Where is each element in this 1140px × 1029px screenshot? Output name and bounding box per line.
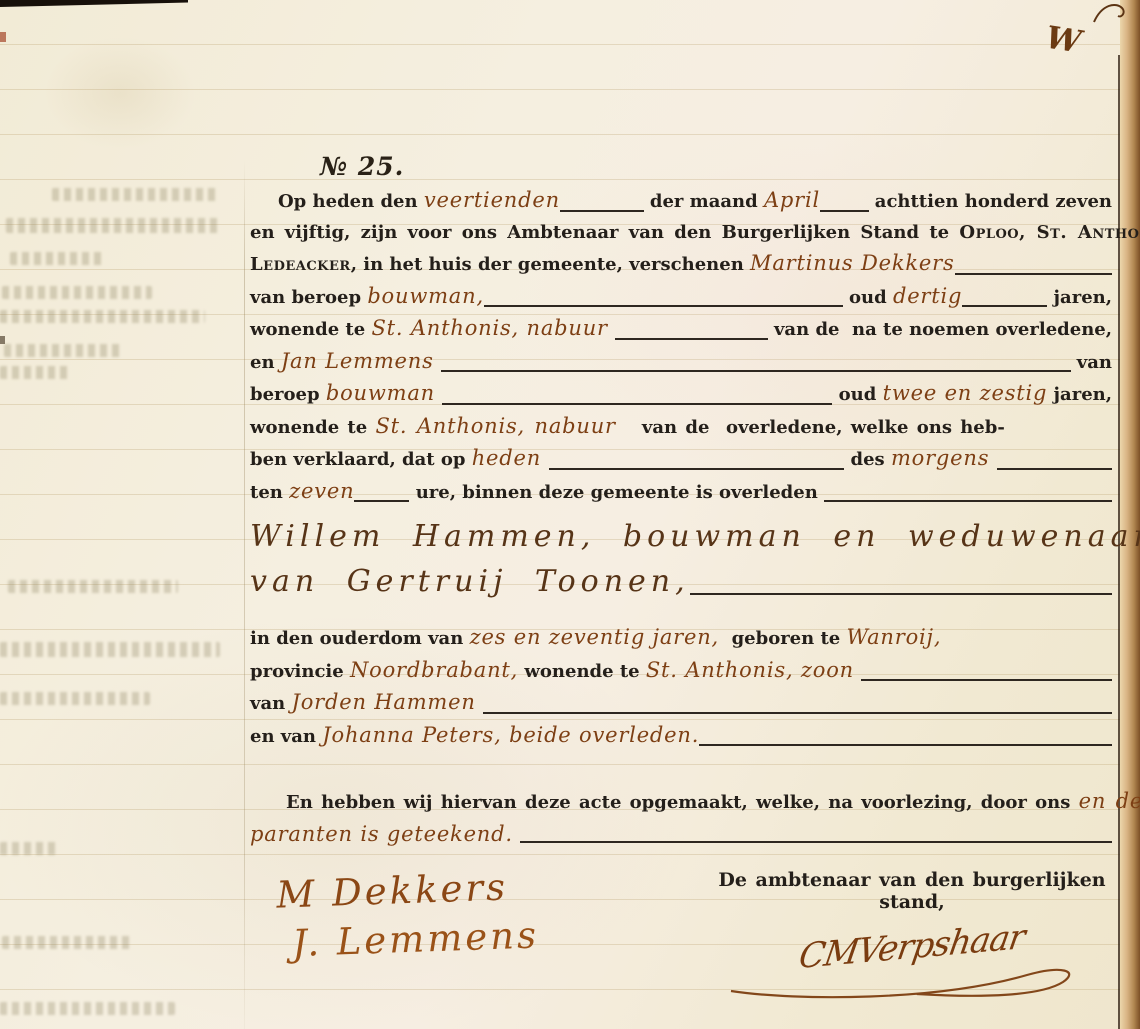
bleedthrough-text [2, 936, 132, 949]
blank-fill-rule [520, 841, 1112, 843]
blank-fill-rule [354, 500, 409, 502]
blank-fill-rule [560, 210, 644, 212]
printed-template-text: en van [250, 722, 322, 753]
corner-ink-flourish [1092, 0, 1132, 30]
archival-ink-mark: W [1043, 20, 1081, 61]
act-line: ben verklaard, dat op heden des morgens [250, 443, 1112, 476]
printed-template-text: , in het huis der gemeente, verschenen [351, 250, 750, 281]
printed-template-text: wonende te [250, 413, 375, 444]
printed-template-text: En hebben wij hiervan deze acte opgemaak… [286, 788, 1079, 819]
handwritten-entry: twee en zestig [883, 378, 1048, 409]
handwritten-entry: bouwman, [367, 281, 484, 312]
printed-template-text: ben verklaard, dat op [250, 445, 472, 476]
printed-template-text: Op heden den [278, 187, 424, 218]
act-line: Ledeacker, in het huis der gemeente, ver… [250, 248, 1112, 281]
act-line: ten zeven ure, binnen deze gemeente is o… [250, 476, 1112, 509]
printed-template-text: geboren te [719, 624, 847, 655]
handwritten-entry: Willem Hammen, bouwman en weduwenaar [250, 514, 1140, 559]
blank-fill-rule [699, 744, 1112, 746]
handwritten-entry: heden [472, 443, 549, 474]
faint-watermark [20, 18, 220, 168]
bleedthrough-text [52, 188, 217, 201]
printed-template-text: van de overledene, welke ons heb- [625, 413, 1004, 444]
blank-fill-rule [441, 370, 1070, 372]
printed-template-text: der maand [644, 187, 764, 218]
handwritten-entry: St. Anthonis, nabuur [371, 313, 615, 344]
edge-ink-tick [0, 32, 6, 42]
blank-fill-rule [962, 305, 1047, 307]
printed-template-text: Ledeacker [250, 250, 351, 281]
act-line: en Jan Lemmens van [250, 346, 1112, 379]
act-line: wonende te St. Anthonis, nabuur van de n… [250, 313, 1112, 346]
printed-template-text: en vijftig, zijn voor ons Ambtenaar van … [250, 218, 959, 249]
printed-template-text: van [250, 689, 291, 720]
act-line: wonende te St. Anthonis, nabuur van de o… [250, 411, 1112, 444]
bleedthrough-text [8, 580, 178, 593]
witness-signature: J. Lemmens [291, 913, 539, 965]
blank-fill-rule [997, 468, 1112, 470]
handwritten-entry: Jan Lemmens [281, 346, 441, 377]
registrar-block: De ambtenaar van den burgerlijken stand,… [712, 869, 1112, 1003]
blank-fill-rule [690, 593, 1112, 595]
act-line: Willem Hammen, bouwman en weduwenaar [250, 514, 1112, 559]
handwritten-entry: dertig [893, 281, 962, 312]
act-lines: Op heden den veertienden der maand April… [250, 185, 1112, 849]
bleedthrough-text [0, 642, 220, 657]
handwritten-entry: zeven [289, 476, 354, 507]
printed-template-text: achttien honderd zeven [869, 187, 1112, 218]
handwritten-entry: en de com- [1079, 786, 1140, 817]
act-line: van Jorden Hammen [250, 687, 1112, 720]
printed-template-text: provincie [250, 657, 350, 688]
printed-template-text: wonende te [518, 657, 646, 688]
blank-fill-rule [549, 468, 845, 470]
bleedthrough-text [0, 842, 60, 855]
death-certificate-act: № 25. Op heden den veertienden der maand… [250, 152, 1112, 1003]
handwritten-entry: paranten is geteekend. [250, 819, 520, 850]
blank-fill-rule [820, 210, 868, 212]
printed-template-text: ure, binnen deze gemeente is overleden [409, 478, 824, 509]
act-line: provincie Noordbrabant, wonende te St. A… [250, 655, 1112, 688]
printed-template-text: van [1071, 348, 1112, 379]
handwritten-entry: bouwman [326, 378, 443, 409]
printed-template-text: jaren, [1047, 380, 1112, 411]
act-line: Op heden den veertienden der maand April… [250, 185, 1112, 218]
act-line: en vijftig, zijn voor ons Ambtenaar van … [250, 218, 1112, 249]
printed-template-text: oud [832, 380, 882, 411]
blank-fill-rule [955, 273, 1112, 275]
handwritten-entry: St. Anthonis, zoon [646, 655, 862, 686]
witness-signatures: M Dekkers J. Lemmens [276, 864, 541, 1007]
witness-signature: M Dekkers [276, 864, 538, 916]
blank-fill-rule [615, 338, 767, 340]
bleedthrough-text [0, 310, 205, 323]
registrar-title: De ambtenaar van den burgerlijken stand, [712, 869, 1112, 913]
printed-template-text: Oploo, St. Anthonis [959, 218, 1140, 249]
bleedthrough-text [2, 286, 152, 299]
bleedthrough-text [4, 344, 124, 357]
printed-template-text: des [844, 445, 891, 476]
act-line: En hebben wij hiervan deze acte opgemaak… [250, 786, 1112, 819]
printed-template-text: van de na te noemen overledene, [768, 315, 1112, 346]
act-line: en van Johanna Peters, beide overleden. [250, 720, 1112, 753]
handwritten-entry: zes en zeventig jaren, [470, 622, 719, 653]
blank-fill-rule [861, 679, 1112, 681]
printed-template-text: van beroep [250, 283, 367, 314]
handwritten-entry: Johanna Peters, beide overleden. [322, 720, 699, 751]
signature-flourish [727, 961, 1097, 1003]
printed-template-text: wonende te [250, 315, 371, 346]
printed-template-text: in den ouderdom van [250, 624, 470, 655]
printed-template-text: en [250, 348, 281, 379]
scanned-death-record-page: { "document": { "act_number": "№ 25.", "… [0, 0, 1140, 1029]
bleedthrough-text [0, 366, 70, 379]
handwritten-entry: Noordbrabant, [350, 655, 518, 686]
act-line: beroep bouwman oud twee en zestig jaren, [250, 378, 1112, 411]
handwritten-entry: veertienden [424, 185, 560, 216]
bleedthrough-text [0, 692, 150, 705]
signature-section: M Dekkers J. Lemmens De ambtenaar van de… [250, 869, 1112, 1003]
act-line: in den ouderdom van zes en zeventig jare… [250, 622, 1112, 655]
handwritten-entry: St. Anthonis, nabuur [375, 411, 625, 442]
blank-fill-rule [442, 403, 832, 405]
blank-fill-rule [483, 712, 1112, 714]
bleedthrough-text [6, 218, 218, 233]
bleedthrough-text [10, 252, 105, 265]
handwritten-entry: Martinus Dekkers [750, 248, 954, 279]
handwritten-entry: Jorden Hammen [291, 687, 483, 718]
blank-fill-rule [484, 305, 843, 307]
edge-ink-tick [0, 336, 5, 344]
blank-fill-rule [824, 500, 1112, 502]
handwritten-entry: van Gertruij Toonen, [250, 559, 690, 604]
act-line: van beroep bouwman, oud dertig jaren, [250, 281, 1112, 314]
printed-template-text: ten [250, 478, 289, 509]
page-fold-line [244, 160, 245, 1029]
handwritten-entry: morgens [891, 443, 997, 474]
handwritten-entry: April [764, 185, 820, 216]
bleedthrough-text [0, 1002, 175, 1015]
act-number: № 25. [320, 152, 1112, 181]
act-line: van Gertruij Toonen, [250, 559, 1112, 604]
act-line: paranten is geteekend. [250, 819, 1112, 850]
handwritten-entry: Wanroij, [847, 622, 942, 653]
printed-template-text: beroep [250, 380, 326, 411]
printed-template-text: oud [843, 283, 893, 314]
printed-template-text: jaren, [1047, 283, 1112, 314]
